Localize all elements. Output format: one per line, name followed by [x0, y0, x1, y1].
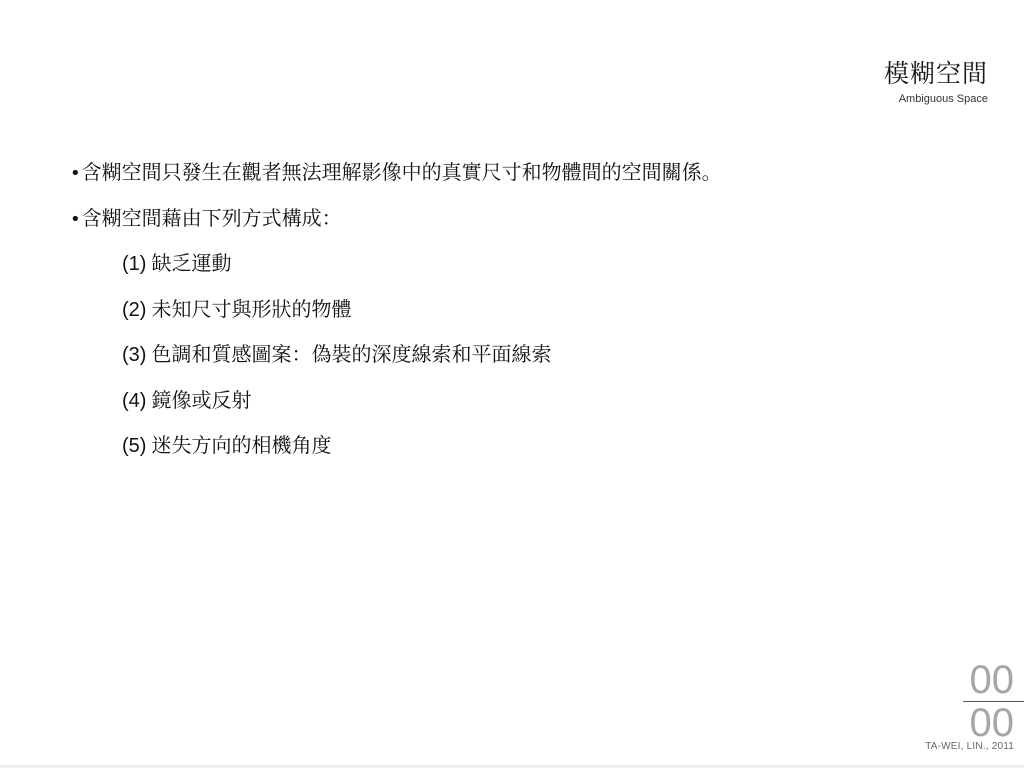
sub-item-number: (4) — [122, 390, 146, 412]
sub-item-number: (3) — [122, 344, 146, 366]
page-number: 00 — [952, 660, 1014, 700]
bullet-text: 含糊空間藉由下列方式構成： — [82, 206, 342, 230]
sub-item-text: 迷失方向的相機角度 — [151, 433, 331, 457]
slide-subtitle: Ambiguous Space — [884, 92, 988, 106]
page-number-current: 00 — [952, 660, 1014, 700]
sub-item: (1)缺乏運動 — [122, 251, 950, 275]
sub-item-number: (5) — [122, 435, 146, 457]
sub-item: (3)色調和質感圖案：偽裝的深度線索和平面線索 — [122, 342, 950, 366]
sub-item-text: 缺乏運動 — [151, 251, 231, 275]
bullet-icon: • — [70, 208, 81, 232]
bullet-item: •含糊空間藉由下列方式構成： — [70, 206, 950, 230]
sub-item: (2)未知尺寸與形狀的物體 — [122, 297, 950, 321]
bullet-icon: • — [70, 162, 81, 186]
slide-title: 模糊空間 — [884, 58, 988, 90]
slide-body: •含糊空間只發生在觀者無法理解影像中的真實尺寸和物體間的空間關係。 •含糊空間藉… — [70, 160, 950, 479]
sub-item: (5)迷失方向的相機角度 — [122, 433, 950, 457]
bullet-item: •含糊空間只發生在觀者無法理解影像中的真實尺寸和物體間的空間關係。 — [70, 160, 950, 184]
slide: 模糊空間 Ambiguous Space •含糊空間只發生在觀者無法理解影像中的… — [0, 0, 1024, 768]
sub-item-text: 色調和質感圖案：偽裝的深度線索和平面線索 — [151, 342, 551, 366]
footer-credit: TA-WEI, LIN., 2011 — [925, 741, 1014, 752]
sub-item: (4)鏡像或反射 — [122, 388, 950, 412]
slide-header: 模糊空間 Ambiguous Space — [884, 58, 988, 106]
page-number-total: 00 — [970, 703, 1015, 743]
sub-item-number: (1) — [122, 253, 146, 275]
sub-item-text: 未知尺寸與形狀的物體 — [151, 297, 351, 321]
sub-item-text: 鏡像或反射 — [151, 388, 251, 412]
sub-item-number: (2) — [122, 299, 146, 321]
bullet-text: 含糊空間只發生在觀者無法理解影像中的真實尺寸和物體間的空間關係。 — [82, 160, 722, 184]
